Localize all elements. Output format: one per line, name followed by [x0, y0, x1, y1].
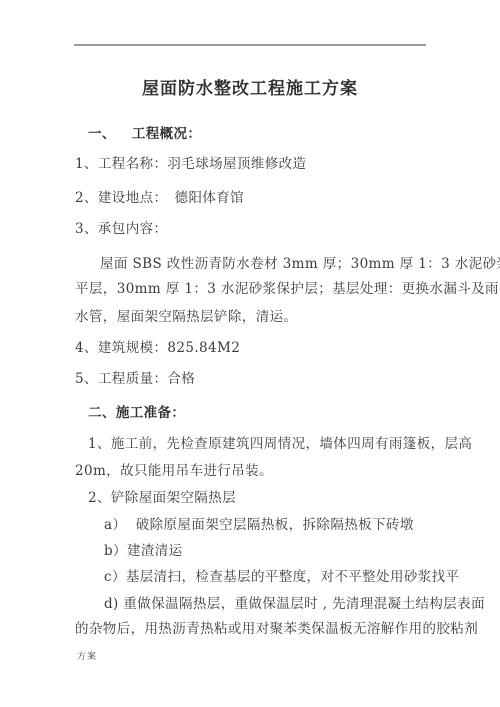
section-number: 二、	[88, 405, 116, 421]
footer-text: 方案	[77, 649, 97, 662]
section-number: 一、	[88, 126, 116, 142]
page-title: 屋面防水整改工程施工方案	[0, 79, 500, 100]
doc-line-paragraph-2: 平层，30mm 厚 1：3 水泥砂浆保护层；基层处理：更换水漏斗及雨	[75, 281, 499, 297]
doc-line-contract-content: 3、承包内容：	[75, 221, 167, 237]
doc-line-building-scale: 4、建筑规模：825.84M2	[75, 340, 240, 356]
doc-line-paragraph-1: 屋面 SBS 改性沥青防水卷材 3mm 厚；30mm 厚 1：3 水泥砂浆找	[100, 256, 500, 272]
doc-line-step-d-2: 的杂物后，用热沥青热粘或用对聚苯类保温板无溶解作用的胶粘剂	[75, 621, 478, 637]
section-heading-overview: 一、工程概况：	[88, 126, 201, 142]
section-heading-preparation: 二、施工准备：	[88, 405, 185, 421]
doc-line-paragraph-3: 水管，屋面架空隔热层铲除，清运。	[75, 309, 297, 325]
document-page: 屋面防水整改工程施工方案 一、工程概况： 1、工程名称：羽毛球场屋顶维修改造 2…	[0, 0, 500, 707]
doc-line-project-name: 1、工程名称：羽毛球场屋顶维修改造	[75, 156, 306, 172]
doc-line-remove-insulation: 2、铲除屋面架空隔热层	[88, 490, 236, 506]
doc-line-location: 2、建设地点： 德阳体育馆	[75, 190, 244, 206]
doc-line-step-a: a） 破除原屋面架空层隔热板，拆除隔热板下砖墩	[104, 517, 414, 533]
section-title: 工程概况：	[132, 126, 202, 142]
doc-line-pre-check-2: 20m，故只能用吊车进行吊装。	[75, 463, 273, 479]
doc-line-step-d-1: d) 重做保温隔热层，重做保温层时 , 先清理混凝土结构层表面	[104, 596, 485, 612]
doc-line-quality: 5、工程质量：合格	[75, 371, 195, 387]
header-rule	[74, 44, 426, 46]
doc-line-step-b: b）建渣清运	[104, 543, 183, 559]
section-title: 施工准备：	[116, 405, 186, 421]
doc-line-step-c: c）基层清扫，检查基层的平整度，对不平整处用砂浆找平	[104, 569, 459, 585]
doc-line-pre-check-1: 1、施工前，先检查原建筑四周情况，墙体四周有雨篷板，层高	[88, 436, 472, 452]
